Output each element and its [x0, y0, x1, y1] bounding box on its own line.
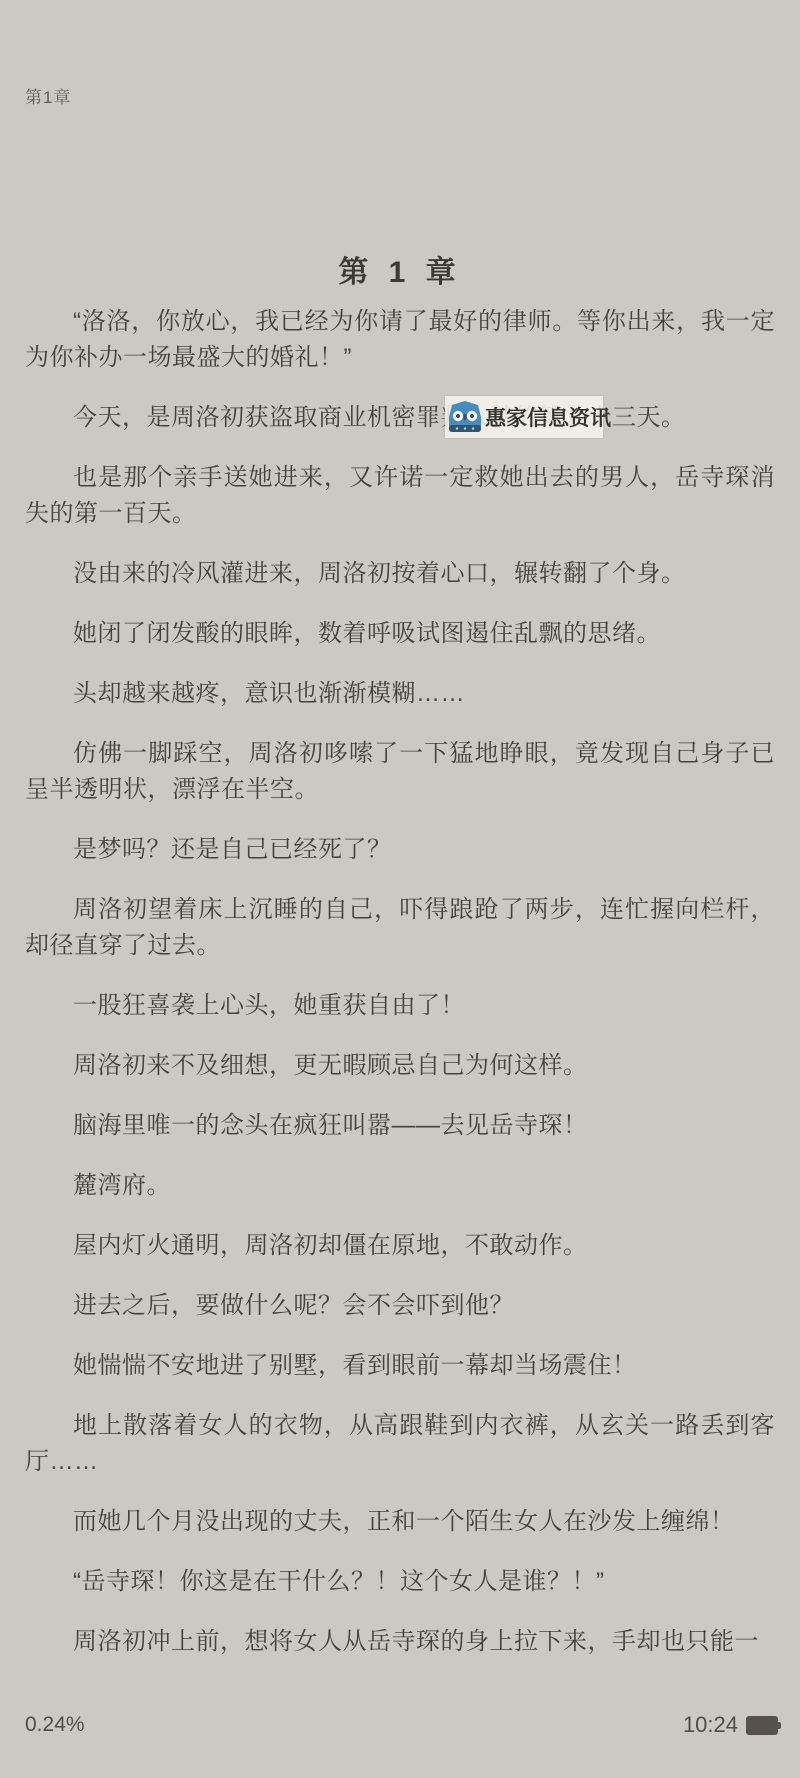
- battery-icon: [746, 1716, 778, 1735]
- paragraph: 脑海里唯一的念头在疯狂叫嚣——去见岳寺琛！: [25, 1108, 775, 1144]
- paragraph: 她惴惴不安地进了别墅，看到眼前一幕却当场震住！: [25, 1348, 775, 1384]
- watermark-badge: 惠家信息资讯: [445, 396, 603, 438]
- chapter-breadcrumb: 第1章: [25, 83, 71, 108]
- paragraph: 周洛初冲上前，想将女人从岳寺琛的身上拉下来，手却也只能一: [25, 1624, 775, 1660]
- footer-right: 10:24: [683, 1712, 778, 1738]
- progress-percent: 0.24%: [25, 1713, 85, 1737]
- paragraph: “岳寺琛！你这是在干什么？！这个女人是谁？！”: [25, 1564, 775, 1600]
- watermark-label: 惠家信息资讯: [485, 402, 611, 432]
- paragraph: 地上散落着女人的衣物，从高跟鞋到内衣裤，从玄关一路丢到客厅……: [25, 1408, 775, 1480]
- paragraph: 一股狂喜袭上心头，她重获自由了！: [25, 988, 775, 1024]
- paragraph: 仿佛一脚踩空，周洛初哆嗦了一下猛地睁眼，竟发现自己身子已呈半透明状，漂浮在半空。: [25, 736, 775, 808]
- clock-time: 10:24: [683, 1712, 738, 1738]
- chapter-body: “洛洛，你放心，我已经为你请了最好的律师。等你出来，我一定为你补办一场最盛大的婚…: [25, 304, 775, 1684]
- robot-logo-icon: [448, 399, 482, 435]
- paragraph: 没由来的冷风灌进来，周洛初按着心口，辗转翻了个身。: [25, 556, 775, 592]
- reader-page[interactable]: 第1章 第 1 章 “洛洛，你放心，我已经为你请了最好的律师。等你出来，我一定为…: [0, 0, 800, 1778]
- paragraph: 头却越来越疼，意识也渐渐模糊……: [25, 676, 775, 712]
- paragraph: 麓湾府。: [25, 1168, 775, 1204]
- paragraph-text-before: 今天，是周洛初获盗取商业机密罪: [73, 404, 441, 431]
- paragraph: 进去之后，要做什么呢？会不会吓到他？: [25, 1288, 775, 1324]
- paragraph: 她闭了闭发酸的眼眸，数着呼吸试图遏住乱飘的思绪。: [25, 616, 775, 652]
- paragraph: 而她几个月没出现的丈夫，正和一个陌生女人在沙发上缠绵！: [25, 1504, 775, 1540]
- paragraph: 也是那个亲手送她进来，又许诺一定救她出去的男人，岳寺琛消失的第一百天。: [25, 460, 775, 532]
- paragraph-watermarked: 今天，是周洛初获盗取商业机密罪判入狱的第九十三天。: [25, 400, 775, 436]
- paragraph: 是梦吗？还是自己已经死了？: [25, 832, 775, 868]
- reader-footer: 0.24% 10:24: [25, 1708, 778, 1742]
- paragraph: “洛洛，你放心，我已经为你请了最好的律师。等你出来，我一定为你补办一场最盛大的婚…: [25, 304, 775, 376]
- paragraph: 周洛初来不及细想，更无暇顾忌自己为何这样。: [25, 1048, 775, 1084]
- paragraph: 屋内灯火通明，周洛初却僵在原地，不敢动作。: [25, 1228, 775, 1264]
- chapter-title: 第 1 章: [0, 247, 800, 291]
- paragraph: 周洛初望着床上沉睡的自己，吓得踉跄了两步，连忙握向栏杆，却径直穿了过去。: [25, 892, 775, 964]
